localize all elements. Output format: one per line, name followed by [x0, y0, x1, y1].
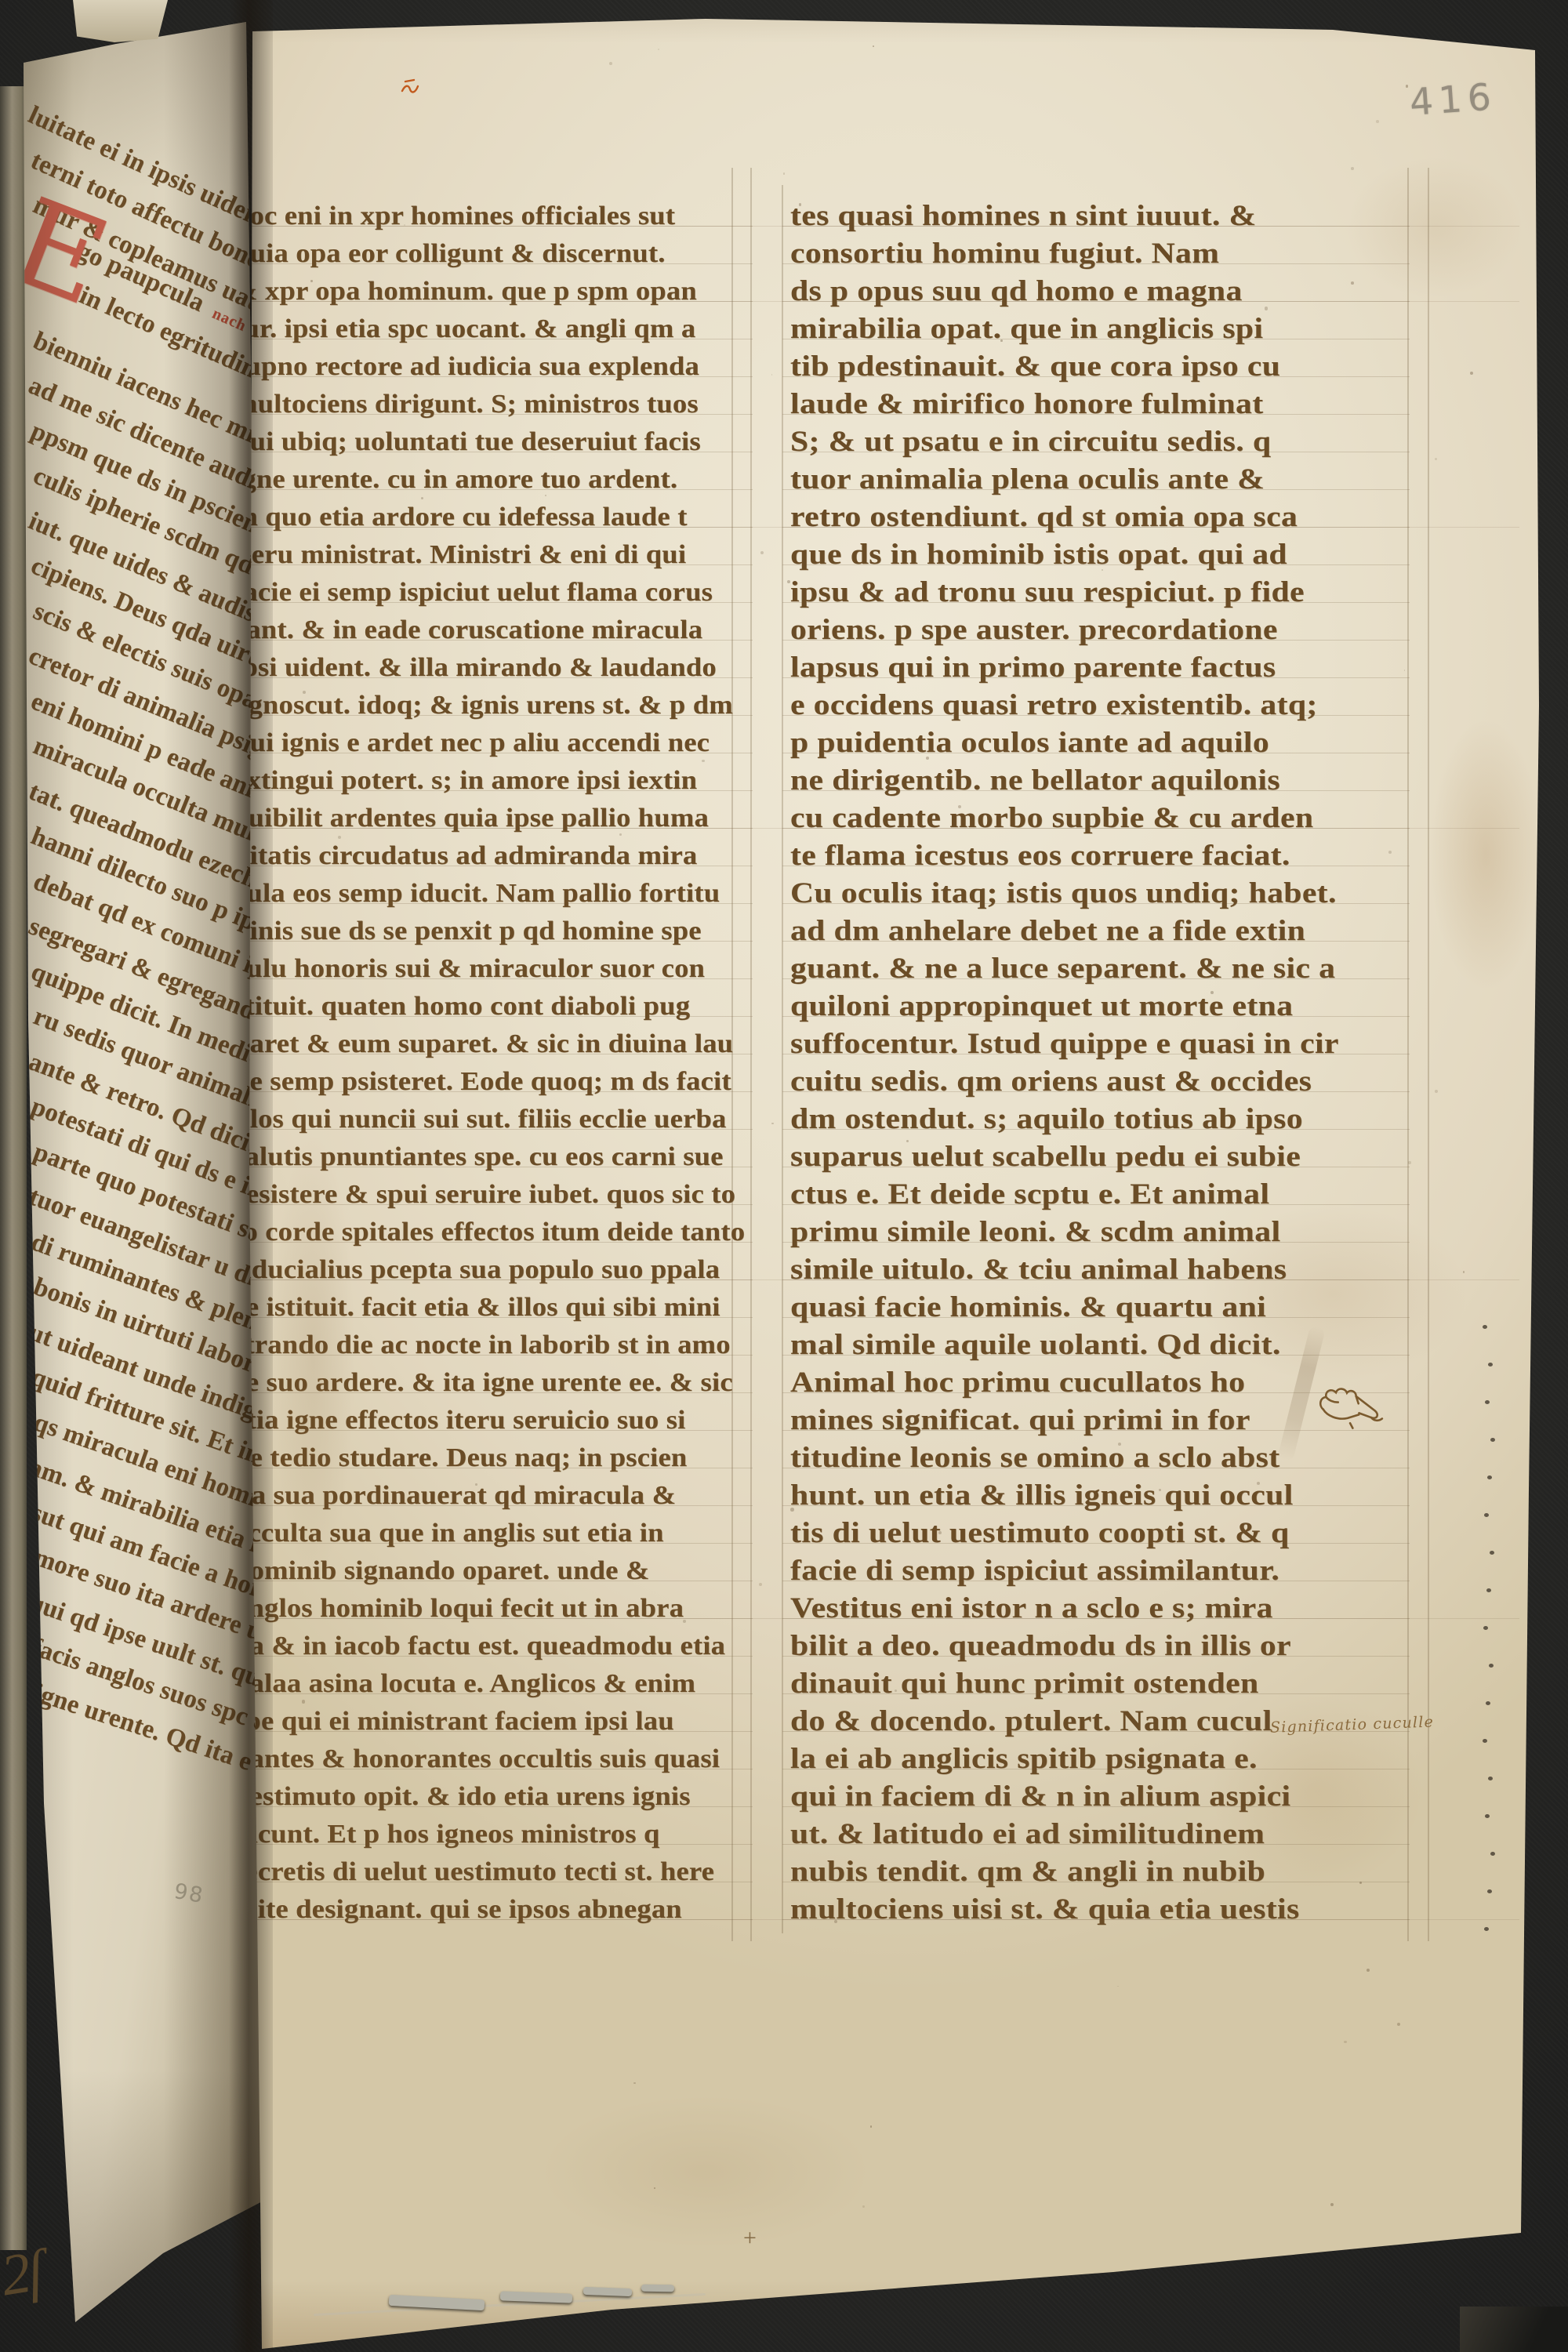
text-line: titudine leonis se omino a sclo abst	[790, 1439, 1339, 1477]
text-line: hoc eni in xpr homines officiales sut	[234, 198, 745, 235]
speck	[771, 1123, 774, 1125]
speck	[337, 1530, 340, 1533]
speck	[1000, 339, 1003, 342]
folio-number-pencil: 416	[1408, 75, 1497, 125]
pricking-hole	[1483, 1325, 1487, 1329]
binding-segment	[641, 2285, 674, 2292]
pricking-hole	[1489, 1664, 1494, 1668]
text-line: simile uitulo. & tciu animal habens	[790, 1251, 1339, 1289]
text-line: facie di semp ispiciut assimilantur.	[790, 1552, 1339, 1590]
text-line: iteru ministrat. Ministri & eni di qui	[234, 536, 745, 574]
text-line: tis di uelut uestimuto coopti st. & q	[790, 1515, 1339, 1552]
pricking-hole	[1487, 1475, 1492, 1479]
text-line: cula eos semp iducit. Nam pallio fortitu	[234, 875, 745, 913]
stain	[486, 2070, 925, 2274]
stain	[1411, 674, 1560, 1035]
text-line: retro ostendiunt. qd st omia opa sca	[790, 499, 1339, 536]
text-line: re istituit. facit etia & illos qui sibi…	[234, 1289, 745, 1327]
pricking-hole	[1484, 1513, 1489, 1517]
text-line: quiloni appropinquet ut morte etna	[790, 988, 1339, 1025]
pricking-hole	[1483, 1739, 1487, 1743]
text-line: stituit. quaten homo cont diaboli pug	[234, 988, 745, 1025]
speck	[1351, 281, 1354, 285]
speck	[1470, 372, 1473, 375]
ruling-vertical	[1407, 168, 1409, 1941]
text-line: secretis di uelut uestimuto tecti st. he…	[234, 1853, 745, 1891]
speck	[1117, 1986, 1119, 1987]
speck	[680, 372, 683, 375]
text-line: igne urente. cu in amore tuo ardent.	[234, 461, 745, 499]
text-line: suffocentur. Istud quippe e quasi in cir	[790, 1025, 1339, 1063]
speck	[787, 580, 790, 583]
text-line: cant. & in eade coruscatione miracula	[234, 612, 745, 649]
text-line: re suo ardere. & ita igne urente ee. & s…	[234, 1364, 745, 1402]
text-line: qui in faciem di & n in alium aspici	[790, 1778, 1339, 1816]
gutter-shadow	[229, 0, 273, 2352]
pricking-hole	[1488, 1363, 1493, 1367]
text-line: qui ignis e ardet nec p aliu accendi nec	[234, 724, 745, 762]
text-line: tes quasi homines n sint iuuut. &	[790, 198, 1339, 235]
pricking-hole	[1483, 1626, 1488, 1630]
text-line: mite designant. qui se ipsos abnegan	[234, 1891, 745, 1929]
speck	[870, 2125, 873, 2128]
text-line: multociens dirigunt. S; ministros tuos	[234, 386, 745, 423]
speck	[1344, 2041, 1346, 2043]
binding-segment	[500, 2291, 572, 2303]
text-line: facie ei semp ispiciut uelut flama corus	[234, 574, 745, 612]
pricking-hole	[1490, 1551, 1494, 1555]
speck	[1435, 458, 1437, 460]
speck	[658, 49, 660, 51]
text-line: Vestitus eni istor n a sclo e s; mira	[790, 1590, 1339, 1628]
speck	[654, 2187, 655, 2189]
board-edge	[1460, 2307, 1568, 2352]
text-line: primu simile leoni. & scdm animal	[790, 1214, 1339, 1251]
speck	[1435, 1090, 1438, 1093]
speck	[1160, 673, 1162, 675]
pricking-hole	[1488, 1777, 1493, 1780]
speck	[302, 1700, 305, 1703]
text-line: salutis pnuntiantes spe. cu eos carni su…	[234, 1138, 745, 1176]
text-line: ne tedio studare. Deus naq; in pscien	[234, 1439, 745, 1477]
text-line: anglos hominib loqui fecit ut in abra	[234, 1590, 745, 1628]
text-line: te flama icestus eos corruere faciat.	[790, 837, 1339, 875]
text-column-1: hoc eni in xpr homines officiales sutqui…	[234, 198, 710, 1929]
text-line: multociens uisi st. & quia etia uestis	[790, 1891, 1339, 1929]
text-line: in quo etia ardore cu idefessa laude t	[234, 499, 745, 536]
pricking-hole	[1484, 1927, 1489, 1931]
text-line: supno rectore ad iudicia sua explenda	[234, 348, 745, 386]
text-line: ad dm anhelare debet ne a fide extin	[790, 913, 1339, 950]
text-line: p puidentia oculos iante ad aquilo	[790, 724, 1339, 762]
pencil-mark: 98	[172, 1879, 206, 1908]
text-line: nitatis circudatus ad admiranda mira	[234, 837, 745, 875]
text-line: ctus e. Et deide scptu e. Et animal	[790, 1176, 1339, 1214]
text-line: nubis tendit. qm & angli in nubib	[790, 1853, 1339, 1891]
text-line: spe qui ei ministrant faciem ipsi lau	[234, 1703, 745, 1740]
speck	[862, 2205, 865, 2208]
speck	[1376, 120, 1379, 123]
text-line: ipsi uident. & illa mirando & laudando	[234, 649, 745, 687]
text-line: dantes & honorantes occultis suis quasi	[234, 1740, 745, 1778]
text-line: naret & eum suparet. & sic in diuina lau	[234, 1025, 745, 1063]
speck	[1388, 851, 1392, 854]
text-line: mines significat. qui primi in for	[790, 1402, 1339, 1439]
speck	[475, 1483, 477, 1486]
speck	[702, 760, 704, 762]
text-line: quasi facie hominis. & quartu ani	[790, 1289, 1339, 1327]
text-line: quia opa eor colligunt & discernut.	[234, 235, 745, 273]
text-line: dinauit qui hunc primit ostenden	[790, 1665, 1339, 1703]
text-line: illos qui nuncii sui sut. filiis ecclie …	[234, 1101, 745, 1138]
text-line: ne dirigentib. ne bellator aquilonis	[790, 762, 1339, 800]
speck	[925, 1377, 927, 1379]
spine-head-tab	[69, 0, 168, 42]
speck	[1330, 2203, 1334, 2206]
text-line: culu honoris sui & miraculor suor con	[234, 950, 745, 988]
speck	[760, 551, 764, 554]
text-line: oriens. p spe auster. precordatione	[790, 612, 1339, 649]
text-line: laude & mirifico honore fulminat	[790, 386, 1339, 423]
text-line: suparus uelut scabellu pedu ei subie	[790, 1138, 1339, 1176]
text-line: bilit a deo. queadmodu ds in illis or	[790, 1628, 1339, 1665]
quire-cross-mark: +	[743, 2225, 757, 2252]
pricking-hole	[1486, 1701, 1490, 1705]
text-line: que ds in hominib istis opat. qui ad	[790, 536, 1339, 574]
ruling-vertical	[750, 168, 752, 1941]
speck	[1359, 1882, 1363, 1885]
text-line: & xpr opa hominum. que p spm opan	[234, 273, 745, 310]
text-line: strando die ac nocte in laborib st in am…	[234, 1327, 745, 1364]
speck	[303, 691, 306, 694]
text-line: extingui potert. s; in amore ipsi iextin	[234, 762, 745, 800]
text-line: dinis sue ds se penxit p qd homine spe	[234, 913, 745, 950]
ruling-vertical	[1428, 168, 1429, 1941]
text-line: tia sua pordinauerat qd miracula &	[234, 1477, 745, 1515]
text-line: Animal hoc primu cucullatos ho	[790, 1364, 1339, 1402]
text-line: Cu oculis itaq; istis quos undiq; habet.	[790, 875, 1339, 913]
text-line: ut. & latitudo ei ad similitudinem	[790, 1816, 1339, 1853]
speck	[799, 203, 801, 205]
text-line: tur. ipsi etia spc uocant. & angli qm a	[234, 310, 745, 348]
binding-segment	[583, 2287, 632, 2296]
speck	[759, 1583, 762, 1586]
text-line: ha & in iacob factu est. queadmodu etia	[234, 1628, 745, 1665]
pricking-hole	[1490, 1852, 1495, 1856]
manicule-icon	[1317, 1383, 1396, 1439]
text-line: cu cadente morbo supbie & cu arden	[790, 800, 1339, 837]
text-line: consortiu hominu fugiut. Nam	[790, 235, 1339, 273]
speck	[619, 833, 622, 836]
text-line: tib pdestinauit. & que cora ipso cu	[790, 348, 1339, 386]
speck	[1397, 2023, 1400, 2026]
text-line: dicunt. Et p hos igneos ministros q	[234, 1816, 745, 1853]
speck	[421, 497, 423, 499]
text-line: de semp psisteret. Eode quoq; m ds facit	[234, 1063, 745, 1101]
text-line: ds p opus suu qd homo e magna	[790, 273, 1339, 310]
text-line: e occidens quasi retro existentib. atq;	[790, 687, 1339, 724]
text-line: ipsu & ad tronu suu respiciut. p fide	[790, 574, 1339, 612]
text-line: qui ubiq; uoluntati tue deseruiut facis	[234, 423, 745, 461]
text-line: resistere & spui seruire iubet. quos sic…	[234, 1176, 745, 1214]
bottom-ink-mark: 2ſ	[0, 2238, 45, 2310]
text-line: la ei ab anglicis spitib psignata e.	[790, 1740, 1339, 1778]
speck	[683, 1620, 686, 1623]
speck	[1367, 1969, 1370, 1972]
speck	[897, 958, 899, 960]
speck	[609, 62, 612, 65]
speck	[1218, 1566, 1219, 1568]
book-foredge	[0, 86, 27, 2250]
speck	[1463, 1271, 1465, 1272]
text-line: occulta sua que in anglis sut etia in	[234, 1515, 745, 1552]
text-column-2: tes quasi homines n sint iuuut. &consort…	[790, 198, 1279, 1929]
pricking-hole	[1485, 1400, 1490, 1404]
speck	[790, 1508, 793, 1511]
text-line: mirabilia opat. que in anglicis spi	[790, 310, 1339, 348]
text-line: balaa asina locuta e. Anglicos & enim	[234, 1665, 745, 1703]
text-line: guant. & ne a luce separent. & ne sic a	[790, 950, 1339, 988]
ruling-vertical	[782, 185, 783, 1933]
speck	[1408, 1161, 1410, 1163]
text-line: hominib signando oparet. unde &	[234, 1552, 745, 1590]
speck	[938, 1531, 942, 1534]
text-line: cuitu sedis. qm oriens aust & occides	[790, 1063, 1339, 1101]
speck	[906, 1140, 909, 1142]
speck	[1404, 670, 1406, 671]
pricking-hole	[1487, 1889, 1492, 1893]
text-line: lapsus qui in primo parente factus	[790, 649, 1339, 687]
speck	[633, 2082, 636, 2085]
text-line: uestimuto opit. & ido etia urens ignis	[234, 1778, 745, 1816]
text-line: dm ostendut. s; aquilo totius ab ipso	[790, 1101, 1339, 1138]
speck	[895, 1690, 897, 1692]
text-line: agnoscut. idoq; & ignis urens st. & p dm	[234, 687, 745, 724]
pricking-hole	[1486, 1588, 1491, 1592]
text-line: to corde spitales effectos itum deide ta…	[234, 1214, 745, 1251]
speck	[1351, 167, 1354, 170]
text-line: do & docendo. ptulert. Nam cucul	[790, 1703, 1339, 1740]
pricking-hole	[1485, 1814, 1490, 1818]
speck	[1265, 307, 1268, 310]
speck	[771, 374, 773, 376]
stain	[1317, 133, 1552, 321]
speck	[404, 224, 405, 226]
binding-sewing	[314, 2266, 721, 2336]
speck	[783, 172, 786, 175]
pricking-hole	[1490, 1438, 1495, 1442]
speck	[873, 45, 874, 47]
text-line: etia igne effectos iteru seruicio suo si	[234, 1402, 745, 1439]
speck	[1406, 85, 1408, 87]
speck	[367, 633, 368, 635]
manuscript-photo: luitate ei in ipsis uidemterni toto affe…	[0, 0, 1568, 2352]
text-line: fiducialius pcepta sua populo suo ppala	[234, 1251, 745, 1289]
speck	[873, 1537, 876, 1541]
orange-correction-mark	[398, 77, 422, 101]
text-line: tuor animalia plena oculis ante &	[790, 461, 1339, 499]
text-line: guibilit ardentes quia ipse pallio huma	[234, 800, 745, 837]
text-line: mal simile aquile uolanti. Qd dicit.	[790, 1327, 1339, 1364]
text-line: S; & ut psatu e in circuitu sedis. q	[790, 423, 1339, 461]
